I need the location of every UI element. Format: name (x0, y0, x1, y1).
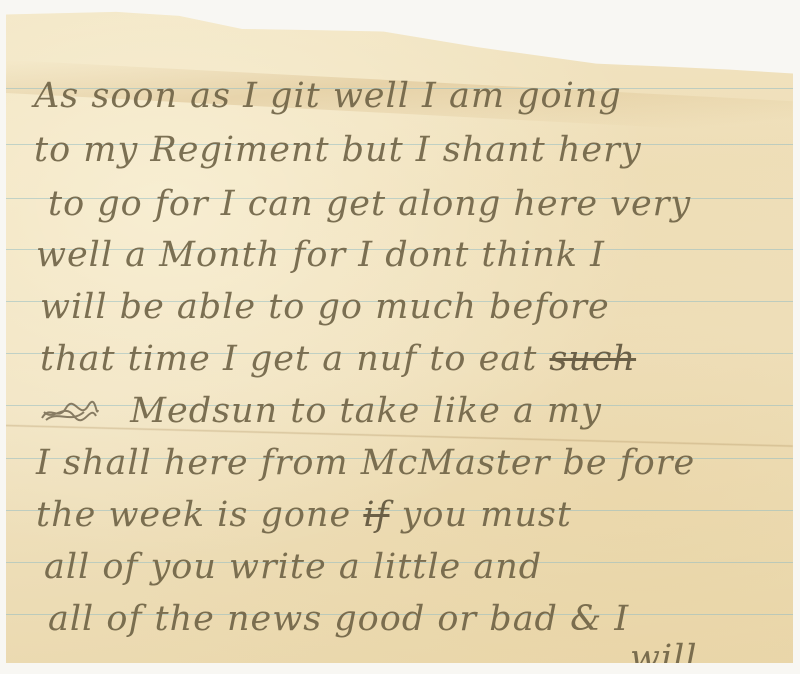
line-9-text: the week is gone (36, 495, 351, 535)
scan-background: As soon as I git well I am going to my R… (0, 0, 800, 674)
letter-page: As soon as I git well I am going to my R… (6, 8, 793, 663)
handwritten-line-3: to go for I can get along here very (48, 184, 691, 224)
struck-word: if (363, 495, 389, 535)
handwritten-line-4: well a Month for I dont think I (36, 235, 605, 275)
line-6-text: that time I get a nuf to eat (40, 339, 537, 379)
handwritten-line-8: I shall here from McMaster be fore (36, 443, 695, 483)
scribbled-out-word (40, 400, 100, 426)
line-9-tail: you must (402, 495, 572, 535)
line-7-text: Medsun to take like a my (130, 391, 602, 431)
handwritten-line-7: Medsun to take like a my (40, 391, 602, 431)
handwritten-line-1: As soon as I git well I am going (34, 76, 622, 116)
handwritten-line-12: will (630, 638, 698, 674)
handwritten-line-9: the week is gone if you must (36, 495, 572, 535)
handwritten-line-10: all of you write a little and (44, 547, 542, 587)
handwritten-line-5: will be able to go much before (40, 287, 610, 327)
handwritten-line-2: to my Regiment but I shant hery (34, 130, 642, 170)
handwritten-line-6: that time I get a nuf to eat such (40, 339, 636, 379)
handwritten-line-11: all of the news good or bad & I (48, 599, 629, 639)
struck-word: such (549, 339, 636, 379)
